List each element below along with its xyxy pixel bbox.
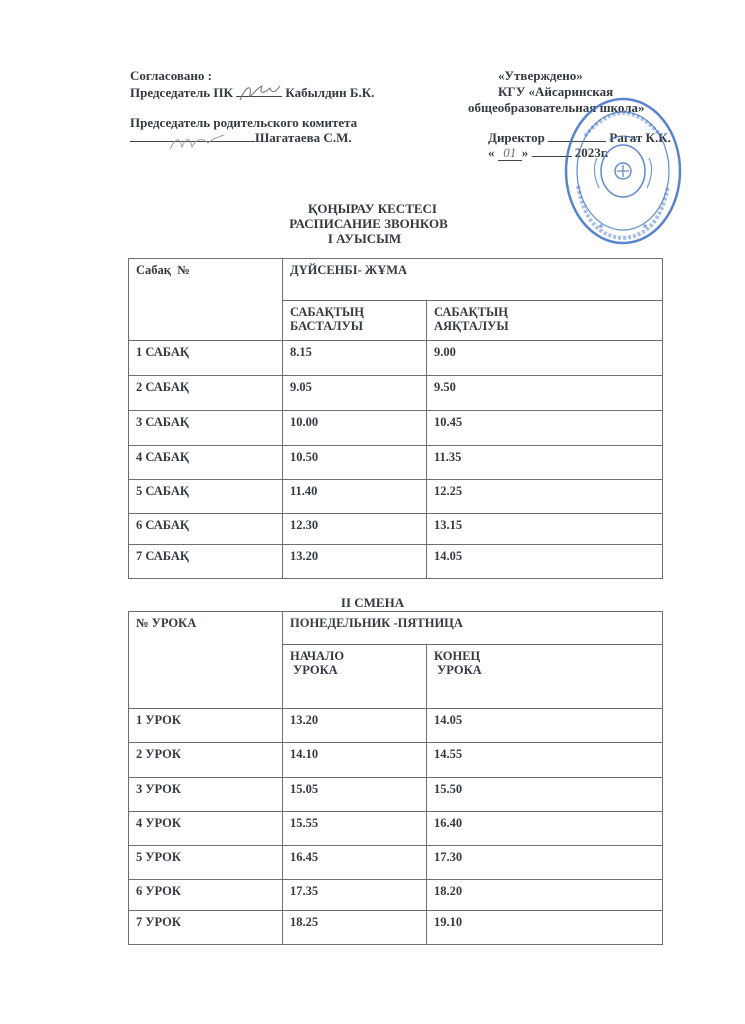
column-header-end: САБАҚТЫҢ АЯҚТАЛУЫ xyxy=(427,301,663,341)
cell-start: 10.00 xyxy=(283,411,427,446)
date-open-quote: « xyxy=(488,145,495,160)
table-row: 2 САБАҚ9.059.50 xyxy=(129,376,663,411)
table-row: 3 УРОК15.0515.50 xyxy=(129,778,663,812)
date-close-quote: » xyxy=(522,145,529,160)
cell-start: 12.30 xyxy=(283,514,427,545)
cell-end: 11.35 xyxy=(427,446,663,480)
column-header-start: НАЧАЛО УРОКА xyxy=(283,645,427,709)
schedule-table-shift-1: Сабақ № ДҮЙСЕНБІ- ЖҰМА САБАҚТЫҢ БАСТАЛУЫ… xyxy=(128,258,663,579)
cell-start: 18.25 xyxy=(283,911,427,945)
table-row: 5 УРОК16.4517.30 xyxy=(129,846,663,880)
approval-left: Согласовано : Председатель ПК Кабылдин Б… xyxy=(130,68,374,145)
column-header-lesson-number: Сабақ № xyxy=(129,259,283,341)
date-day: 01 xyxy=(498,145,522,161)
title-kazakh: ҚОҢЫРАУ КЕСТЕСІ xyxy=(0,201,745,216)
parent-committee-label: Председатель родительского комитета xyxy=(130,115,374,130)
column-header-lesson-number: № УРОКА xyxy=(129,612,283,709)
table-row: 7 УРОК18.2519.10 xyxy=(129,911,663,945)
director-name: Рагат К.К. xyxy=(609,130,671,145)
cell-lesson: 5 УРОК xyxy=(129,846,283,880)
table-row: 3 САБАҚ10.0010.45 xyxy=(129,411,663,446)
cell-end: 14.05 xyxy=(427,545,663,579)
parent-committee-signature xyxy=(130,141,255,142)
cell-start: 15.55 xyxy=(283,812,427,846)
org-line-2: общеобразовательная школа» xyxy=(468,100,671,115)
director-label: Директор xyxy=(488,130,545,145)
cell-lesson: 3 САБАҚ xyxy=(129,411,283,446)
cell-lesson: 3 УРОК xyxy=(129,778,283,812)
table-row: 7 САБАҚ13.2014.05 xyxy=(129,545,663,579)
table-row: 4 САБАҚ10.5011.35 xyxy=(129,446,663,480)
table-row: 4 УРОК15.5516.40 xyxy=(129,812,663,846)
column-header-days: ДҮЙСЕНБІ- ЖҰМА xyxy=(283,259,663,301)
cell-end: 16.40 xyxy=(427,812,663,846)
cell-lesson: 6 УРОК xyxy=(129,880,283,911)
signature-icon xyxy=(130,131,255,153)
table-row: 6 УРОК17.3518.20 xyxy=(129,880,663,911)
cell-end: 13.15 xyxy=(427,514,663,545)
column-header-days: ПОНЕДЕЛЬНИК -ПЯТНИЦА xyxy=(283,612,663,645)
cell-lesson: 7 УРОК xyxy=(129,911,283,945)
table-header-row: № УРОКА ПОНЕДЕЛЬНИК -ПЯТНИЦА xyxy=(129,612,663,645)
cell-end: 18.20 xyxy=(427,880,663,911)
org-line-1: КГУ «Айсаринская xyxy=(468,84,671,99)
cell-lesson: 2 УРОК xyxy=(129,743,283,778)
title-shift-2: II СМЕНА xyxy=(0,595,745,610)
cell-end: 15.50 xyxy=(427,778,663,812)
cell-end: 9.50 xyxy=(427,376,663,411)
cell-lesson: 1 САБАҚ xyxy=(129,341,283,376)
pk-chairman-label: Председатель ПК xyxy=(130,85,233,100)
schedule-table-shift-2: № УРОКА ПОНЕДЕЛЬНИК -ПЯТНИЦА НАЧАЛО УРОК… xyxy=(128,611,663,945)
title-shift-1: І АУЫСЫМ xyxy=(0,231,737,246)
cell-start: 16.45 xyxy=(283,846,427,880)
signature-icon xyxy=(236,82,282,104)
table-row: 2 УРОК14.1014.55 xyxy=(129,743,663,778)
cell-end: 14.05 xyxy=(427,709,663,743)
cell-start: 13.20 xyxy=(283,709,427,743)
title-russian: РАСПИСАНИЕ ЗВОНКОВ xyxy=(0,216,741,231)
cell-lesson: 7 САБАҚ xyxy=(129,545,283,579)
table-row: 5 САБАҚ11.4012.25 xyxy=(129,480,663,514)
table-row: 1 УРОК13.2014.05 xyxy=(129,709,663,743)
column-header-end: КОНЕЦ УРОКА xyxy=(427,645,663,709)
cell-end: 19.10 xyxy=(427,911,663,945)
cell-lesson: 4 САБАҚ xyxy=(129,446,283,480)
date-year: 2023г. xyxy=(575,145,609,160)
cell-end: 10.45 xyxy=(427,411,663,446)
cell-end: 12.25 xyxy=(427,480,663,514)
cell-end: 9.00 xyxy=(427,341,663,376)
cell-start: 15.05 xyxy=(283,778,427,812)
cell-lesson: 5 САБАҚ xyxy=(129,480,283,514)
cell-end: 17.30 xyxy=(427,846,663,880)
cell-end: 14.55 xyxy=(427,743,663,778)
approved-label: «Утверждено» xyxy=(468,68,671,83)
cell-lesson: 4 УРОК xyxy=(129,812,283,846)
pk-chairman-name: Кабылдин Б.К. xyxy=(285,85,374,100)
parent-committee-name: Шагатаева С.М. xyxy=(255,130,352,145)
table-row: 1 САБАҚ8.159.00 xyxy=(129,341,663,376)
date-month xyxy=(532,156,572,157)
cell-start: 14.10 xyxy=(283,743,427,778)
cell-start: 13.20 xyxy=(283,545,427,579)
cell-start: 9.05 xyxy=(283,376,427,411)
table-row: 6 САБАҚ12.3013.15 xyxy=(129,514,663,545)
table-header-row: Сабақ № ДҮЙСЕНБІ- ЖҰМА xyxy=(129,259,663,301)
pk-chairman-signature xyxy=(236,96,282,97)
cell-lesson: 2 САБАҚ xyxy=(129,376,283,411)
column-header-start: САБАҚТЫҢ БАСТАЛУЫ xyxy=(283,301,427,341)
cell-lesson: 6 САБАҚ xyxy=(129,514,283,545)
approval-right: «Утверждено» КГУ «Айсаринская общеобразо… xyxy=(468,68,671,161)
cell-start: 11.40 xyxy=(283,480,427,514)
agreed-label: Согласовано : xyxy=(130,68,374,83)
cell-start: 8.15 xyxy=(283,341,427,376)
cell-lesson: 1 УРОК xyxy=(129,709,283,743)
cell-start: 17.35 xyxy=(283,880,427,911)
director-signature xyxy=(548,141,606,142)
cell-start: 10.50 xyxy=(283,446,427,480)
